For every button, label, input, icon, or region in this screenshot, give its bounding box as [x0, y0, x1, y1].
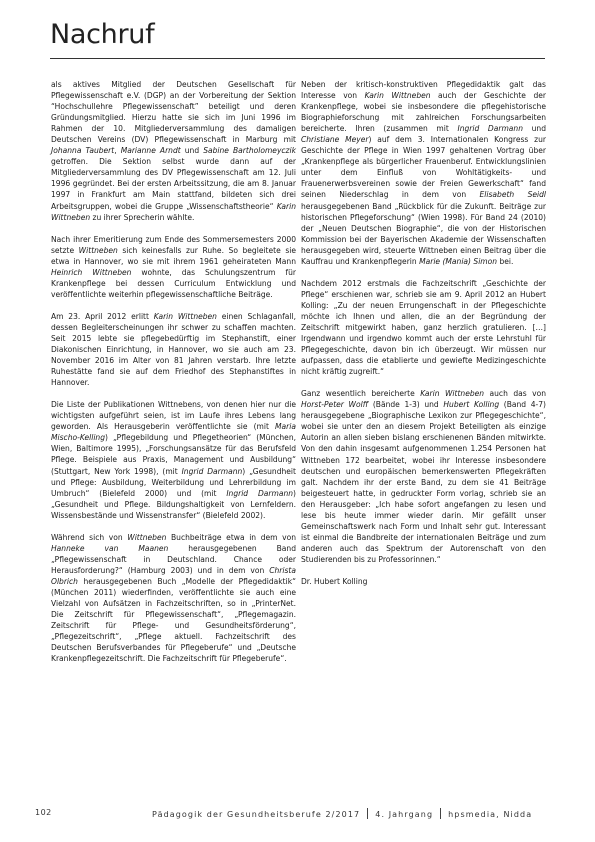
person-name: Marianne Arndt [121, 146, 181, 155]
person-name: Sabine Bartholomeyczik [203, 146, 296, 155]
person-name: Wittneben [127, 533, 166, 542]
journal-name: Pädagogik der Gesundheitsberufe 2/2017 [152, 810, 360, 819]
person-name: Karin Wittneben [420, 389, 484, 398]
footer-divider [440, 808, 441, 819]
person-name: Karin Wittneben [365, 91, 431, 100]
person-name: Christiane Meyer [301, 135, 368, 144]
paragraph: Nachdem 2012 erstmals die Fachzeitschrif… [301, 278, 546, 377]
paragraph: Während sich von Wittneben Buchbeiträge … [51, 532, 296, 665]
paragraph: Nach ihrer Emeritierung zum Ende des Som… [51, 234, 296, 300]
person-name: Marie (Mania) Simon [419, 257, 497, 266]
author-signature: Dr. Hubert Kolling [301, 576, 546, 587]
person-name: Johanna Taubert [51, 146, 114, 155]
publisher: hpsmedia, Nidda [448, 810, 532, 819]
person-name: Elisabeth Seidl [480, 190, 546, 199]
person-name: Hubert Kolling [443, 400, 499, 409]
person-name: Horst-Peter Wolff [301, 400, 368, 409]
person-name: Ingrid Darmann [457, 124, 523, 133]
header-rule [50, 58, 545, 59]
person-name: Hanneke van Maanen [51, 544, 168, 553]
paragraph: als aktives Mitglied der Deutschen Gesel… [51, 79, 296, 223]
person-name: Ingrid Darmann [226, 489, 293, 498]
footer-citation: Pädagogik der Gesundheitsberufe 2/20174.… [152, 808, 532, 819]
person-name: Heinrich Wittneben [51, 268, 131, 277]
left-column: als aktives Mitglied der Deutschen Gesel… [51, 79, 296, 664]
person-name: Maria Mischo-Kelling [51, 422, 296, 442]
person-name: Karin Wittneben [154, 312, 217, 321]
volume: 4. Jahrgang [375, 810, 433, 819]
person-name: Ingrid Darmann [182, 467, 243, 476]
person-name: Wittneben [79, 246, 118, 255]
paragraph: Ganz wesentlich bereicherte Karin Wittne… [301, 388, 546, 565]
page-number: 102 [35, 808, 52, 817]
right-column: Neben der kritisch-konstruktiven Pfleged… [301, 79, 546, 587]
page-footer: 102 Pädagogik der Gesundheitsberufe 2/20… [0, 808, 595, 822]
paragraph: Neben der kritisch-konstruktiven Pfleged… [301, 79, 546, 267]
paragraph: Am 23. April 2012 erlitt Karin Wittneben… [51, 311, 296, 388]
footer-divider [367, 808, 368, 819]
person-name: Christa Olbrich [51, 566, 296, 586]
person-name: Karin Wittneben [51, 202, 296, 222]
paragraph: Die Liste der Publikationen Wittnebens, … [51, 399, 296, 521]
page-title: Nachruf [50, 19, 154, 51]
